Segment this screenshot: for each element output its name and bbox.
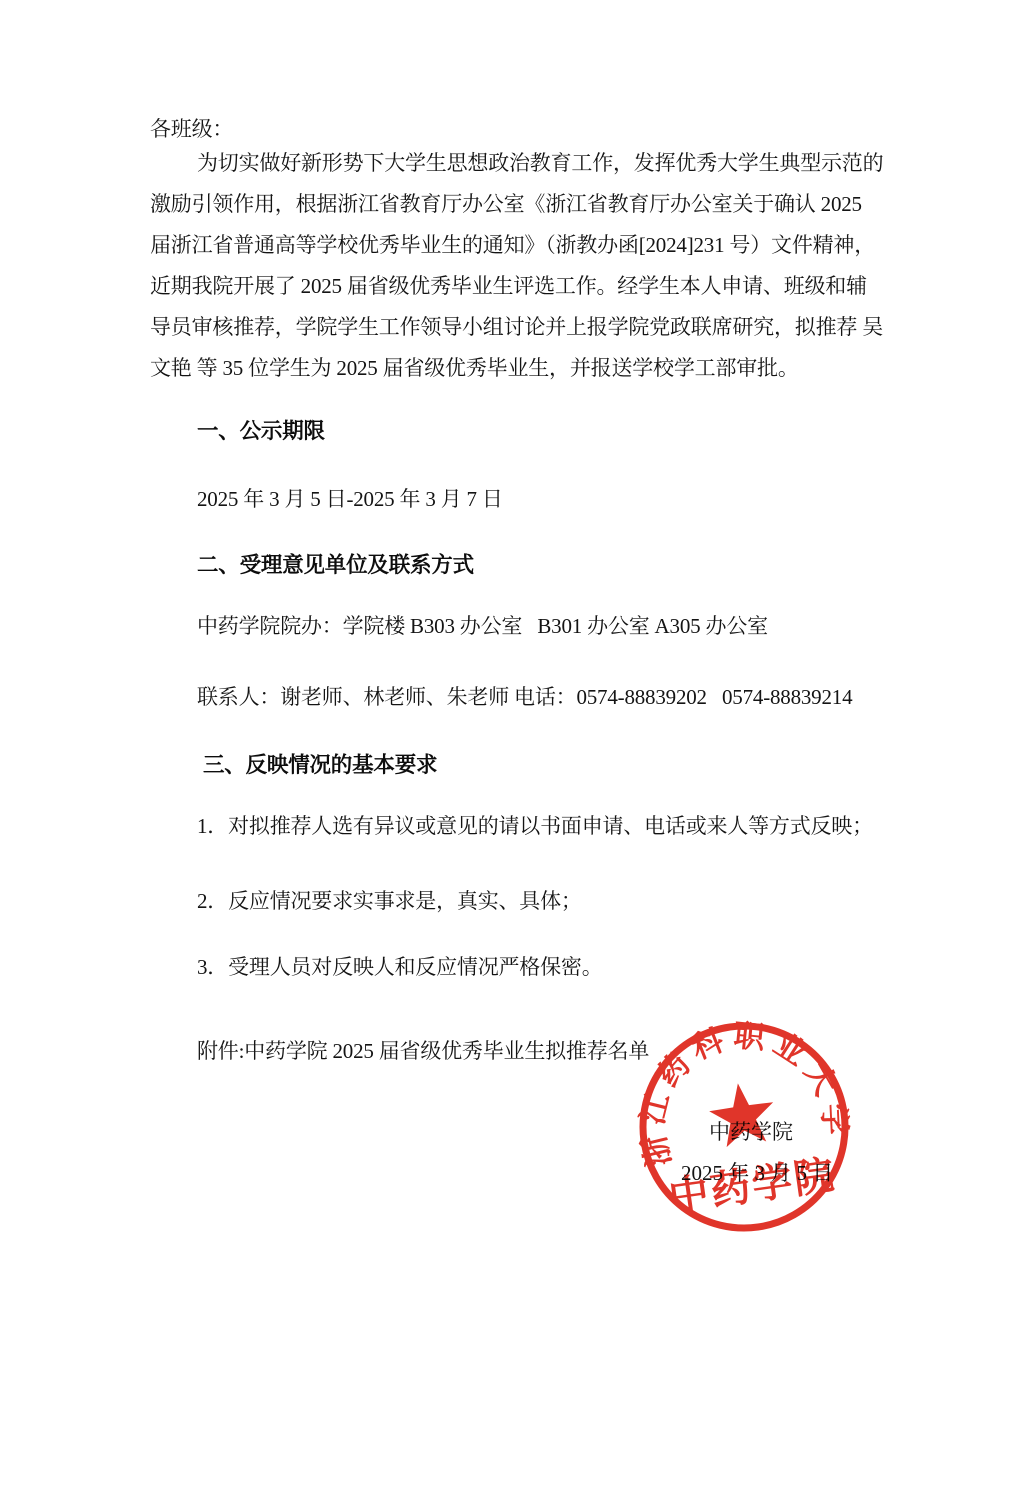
requirement-3: 3．受理人员对反映人和反应情况严格保密。 — [197, 951, 603, 981]
document-page: 各班级： 为切实做好新形势下大学生思想政治教育工作，发挥优秀大学生典型示范的 激… — [0, 0, 1024, 1492]
contact-persons: 联系人：谢老师、林老师、朱老师 电话：0574-88839202 0574-88… — [197, 681, 852, 711]
seal-star-icon — [706, 1079, 779, 1149]
intro-line-5: 导员审核推荐，学院学生工作领导小组讨论并上报学院党政联席研究，拟推荐 吴 — [150, 311, 883, 341]
intro-line-2: 激励引领作用，根据浙江省教育厅办公室《浙江省教育厅办公室关于确认 2025 — [150, 188, 862, 218]
salutation: 各班级： — [150, 113, 233, 143]
publicity-date-range: 2025 年 3 月 5 日-2025 年 3 月 7 日 — [197, 483, 503, 513]
heading-publicity-period: 一、公示期限 — [197, 414, 325, 445]
official-seal: 浙江药科职业大学 中药学院 — [620, 1003, 868, 1251]
heading-feedback-requirements: 三、反映情况的基本要求 — [203, 748, 437, 779]
office-locations: 中药学院院办：学院楼 B303 办公室 B301 办公室 A305 办公室 — [197, 610, 768, 640]
requirement-1: 1．对拟推荐人选有异议或意见的请以书面申请、电话或来人等方式反映； — [197, 810, 873, 840]
intro-line-3: 届浙江省普通高等学校优秀毕业生的通知》（浙教办函[2024]231 号）文件精神… — [150, 229, 875, 259]
seal-center-text: 中药学院 — [666, 1152, 839, 1220]
heading-contact-unit: 二、受理意见单位及联系方式 — [197, 548, 474, 579]
attachment-line: 附件:中药学院 2025 届省级优秀毕业生拟推荐名单 — [197, 1035, 649, 1065]
intro-line-1: 为切实做好新形势下大学生思想政治教育工作，发挥优秀大学生典型示范的 — [197, 147, 883, 177]
intro-line-4: 近期我院开展了 2025 届省级优秀毕业生评选工作。经学生本人申请、班级和辅 — [150, 270, 867, 300]
intro-line-6: 文艳 等 35 位学生为 2025 届省级优秀毕业生，并报送学校学工部审批。 — [150, 352, 799, 382]
requirement-2: 2．反应情况要求实事求是，真实、具体； — [197, 885, 582, 915]
